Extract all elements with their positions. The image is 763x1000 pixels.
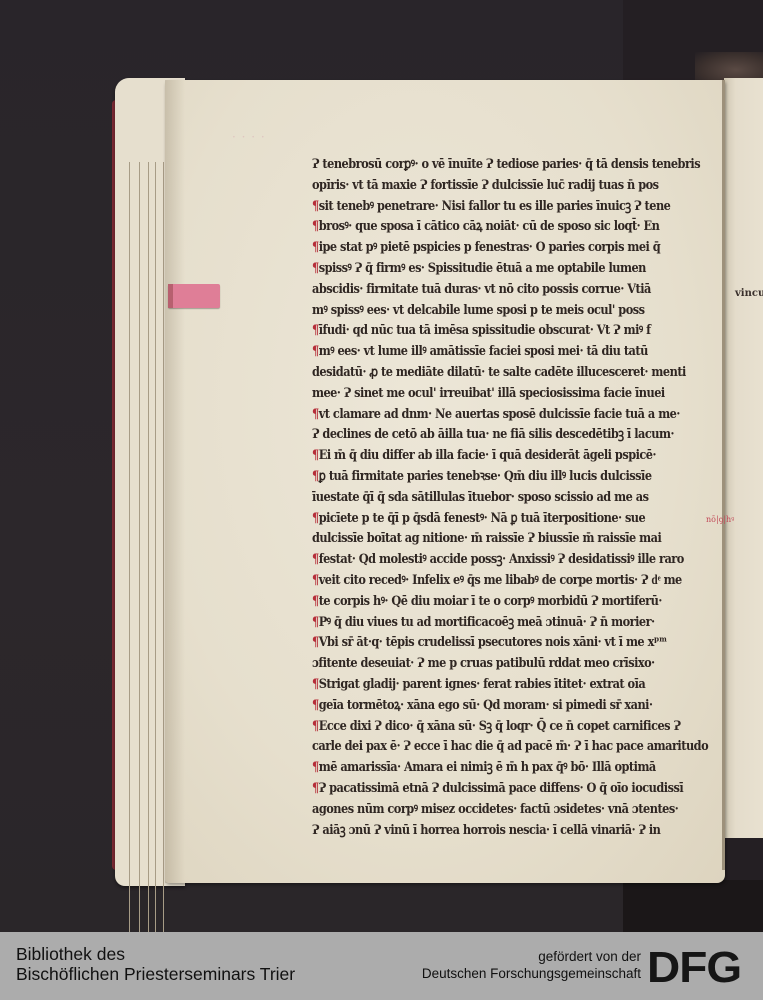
manuscript-line: agones nūm corpꝰ misez occidetes· factū …: [312, 800, 723, 821]
funding-line-2: Deutschen Forschungsgemeinschaft: [422, 965, 641, 982]
manuscript-line: ¶sit tenebꝰ penetrare· Nisi fallor tu es…: [312, 197, 723, 218]
funding-line-1: gefördert von der: [422, 948, 641, 965]
facing-page-margin-word: vincul: [735, 288, 763, 299]
manuscript-line: mꝰ spissꝰ ees· vt delcabile lume sposi p…: [312, 301, 723, 322]
manuscript-line: ¶brosꝰ· que sposa ī cātico cāꝝ noiāt· cū…: [312, 217, 723, 238]
rubricated-initial: ¶: [312, 594, 319, 609]
manuscript-line: ¶Strigat gladij· parent ignes· ferat rab…: [312, 675, 723, 696]
rubricated-initial: ¶: [312, 760, 319, 775]
funding-credit: gefördert von der Deutschen Forschungsge…: [422, 948, 641, 982]
rubricated-initial: ¶: [312, 781, 319, 796]
manuscript-line: ¶īfudi· qd nūc tua tā imēsa spissitudie …: [312, 321, 723, 342]
library-credit: Bibliothek des Bischöflichen Priestersem…: [16, 944, 295, 984]
manuscript-line: ¶mē amarissīa· Amara ei nimiꝫ ē m̄ h pax…: [312, 758, 723, 779]
manuscript-line: ¶Pꝰ q̄ diu viues tu ad mortificacoēꝫ meā…: [312, 613, 723, 634]
manuscript-text-block: Ɂ tenebrosū corꝑꝰ· o vē īnuīte Ɂ tediose…: [312, 155, 724, 841]
rubricated-initial: ¶: [312, 240, 319, 255]
manuscript-line: desidatū· ꝓ te mediāte dilatū· te salte …: [312, 363, 723, 384]
manuscript-line: ¶picīete p te q̄ī p q̄sdā fenestꝰ· Nā ꝑ …: [312, 509, 723, 530]
rubricated-initial: ¶: [312, 677, 319, 692]
footer-banner: Bibliothek des Bischöflichen Priestersem…: [0, 932, 763, 1000]
rubricated-initial: ¶: [312, 344, 319, 359]
dfg-logo: DFG: [647, 949, 755, 986]
rubricated-initial: ¶: [312, 261, 319, 276]
manuscript-line: ¶Ecce dixi Ɂ dico· q̄ xāna sū· Sꝫ q̄ loq…: [312, 717, 723, 738]
rubricated-initial: ¶: [312, 719, 319, 734]
rubricated-initial: ¶: [312, 511, 319, 526]
library-line-1: Bibliothek des: [16, 944, 295, 964]
manuscript-line: ¶Ɂ pacatissimā etnā Ɂ dulcissimā pace di…: [312, 779, 723, 800]
page-edge-line: [163, 162, 164, 932]
manuscript-line: opīris· vt tā maxie Ɂ fortissīe Ɂ dulcis…: [312, 176, 723, 197]
page-edge-line: [129, 162, 130, 932]
manuscript-line: ¶mꝰ ees· vt lume illꝰ amātissīe faciei s…: [312, 342, 723, 363]
dfg-logo-text: DFG: [647, 950, 741, 985]
rubricated-initial: ¶: [312, 635, 319, 650]
rubricated-initial: ¶: [312, 219, 319, 234]
page-edge-line: [155, 162, 156, 932]
rubricated-initial: ¶: [312, 698, 319, 713]
manuscript-line: ¶Vbi sr̄ āt·q· tēpis crudelissī psecutor…: [312, 633, 723, 654]
manuscript-line: Ɂ tenebrosū corꝑꝰ· o vē īnuīte Ɂ tediose…: [312, 155, 723, 176]
manuscript-line: ¶festat· Qd molestiꝰ accide possꝫ· Anxis…: [312, 550, 723, 571]
rubricated-initial: ¶: [312, 469, 319, 484]
library-line-2: Bischöflichen Priesterseminars Trier: [16, 964, 295, 984]
rubricated-initial: ¶: [312, 448, 319, 463]
backdrop-shadow: [623, 880, 763, 932]
manuscript-line: ¶ipe stat pꝰ pietē pspicies p fenestras·…: [312, 238, 723, 259]
rubricated-initial: ¶: [312, 552, 319, 567]
page-edge-line: [139, 162, 140, 932]
manuscript-line: ¶vt clamare ad dnm· Ne auertas sposē dul…: [312, 405, 723, 426]
rubricated-initial: ¶: [312, 323, 319, 338]
manuscript-line: ¶te corpis hꝰ· Qē diu moiar ī te o corpꝰ…: [312, 592, 723, 613]
rubricated-initial: ¶: [312, 199, 319, 214]
page-shadow: [165, 80, 185, 883]
rubricated-initial: ¶: [312, 615, 319, 630]
red-margin-note: nō|ꝯ|hꝰ: [706, 515, 734, 524]
rubricated-initial: ¶: [312, 407, 319, 422]
manuscript-line: ¶spissꝰ Ɂ q̄ firmꝰ es· Spissitudie ētuā …: [312, 259, 723, 280]
manuscript-line: ɔfitente deseuiat· Ɂ me p cruas patibulū…: [312, 654, 723, 675]
rubricated-initial: ¶: [312, 573, 319, 588]
manuscript-line: ¶Ei m̄ q̄ diu differ ab illa facie· ī qu…: [312, 446, 723, 467]
manuscript-viewer: · · · · Ɂ tenebrosū corꝑꝰ· o vē īnuīte Ɂ…: [0, 0, 763, 932]
manuscript-line: Ɂ declines de cetō ab āilla tua· ne fiā …: [312, 425, 723, 446]
manuscript-line: abscidis· firmitate tuā duras· vt nō cit…: [312, 280, 723, 301]
manuscript-line: mee· Ɂ sinet me ocul' irreuibat' illā sp…: [312, 384, 723, 405]
manuscript-line: ¶ꝑ tuā firmitate paries tenebꝛse· Qm̄ di…: [312, 467, 723, 488]
manuscript-line: ¶veit cito recedꝰ· Infelix eꝰ q̄s me lib…: [312, 571, 723, 592]
facing-page: [724, 78, 763, 838]
pink-bookmark-tab: [168, 284, 220, 308]
manuscript-line: ¶geīa tormētoꝝ· xāna ego sū· Qd moram· s…: [312, 696, 723, 717]
faded-rubric-heading: · · · ·: [232, 130, 412, 146]
manuscript-line: Ɂ aiāꝫ ɔnū Ɂ vinū ī horrea horrois nesci…: [312, 821, 723, 842]
manuscript-line: īuestate q̄ī q̄ sda sātillulas ītuebor· …: [312, 488, 723, 509]
manuscript-line: carle dei pax ē· Ɂ ecce ī hac die q̄ ad …: [312, 737, 723, 758]
manuscript-line: dulcissīe boītat ag nitione· m̄ raissīe …: [312, 529, 723, 550]
page-edge-line: [148, 162, 149, 932]
